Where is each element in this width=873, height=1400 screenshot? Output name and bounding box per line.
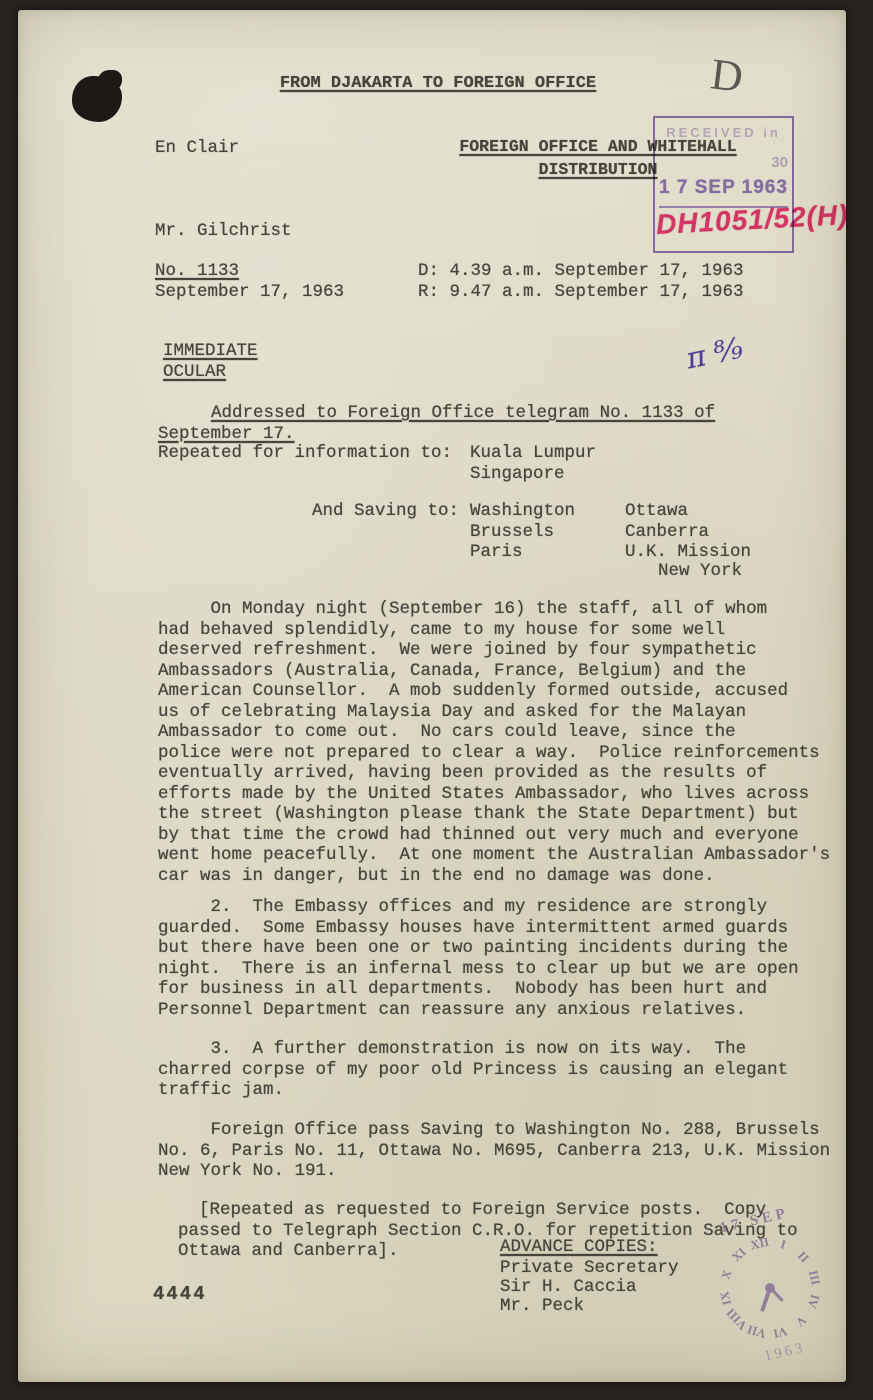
received-stamp-date: 1 7 SEP 1963 (655, 177, 792, 199)
classification-label: En Clair (155, 138, 239, 159)
clock-numeral: VII (746, 1321, 768, 1341)
clock-date-stamp: 17 SEP XII I II III IV V VI VII VIII IX … (680, 1198, 860, 1378)
clock-numeral: V (792, 1312, 809, 1329)
clock-numeral: VI (772, 1323, 789, 1341)
body-paragraph-1: On Monday night (September 16) the staff… (158, 599, 830, 886)
saving-label: And Saving to: (312, 501, 459, 522)
body-paragraph-4: Foreign Office pass Saving to Washington… (158, 1120, 830, 1182)
advance-copies-list: Private Secretary Sir H. Caccia Mr. Peck (500, 1259, 679, 1316)
body-paragraph-3: 3. A further demonstration is now on its… (158, 1039, 788, 1101)
document-page: FROM DJAKARTA TO FOREIGN OFFICE D En Cla… (18, 10, 846, 1382)
clock-numeral: II (794, 1249, 812, 1266)
received-stamp-number: 30 (771, 154, 788, 171)
document-title: FROM DJAKARTA TO FOREIGN OFFICE (158, 74, 718, 95)
clock-numeral: I (779, 1237, 788, 1253)
repeated-label: Repeated for information to: (158, 443, 452, 464)
priority-markings: IMMEDIATE OCULAR (163, 341, 258, 382)
advance-copies-title: ADVANCE COPIES: (500, 1237, 658, 1258)
clock-numeral: XI (729, 1245, 749, 1265)
addressed-line1: Addressed to Foreign Office telegram No.… (211, 403, 715, 424)
saving-destinations-col2: Ottawa Canberra U.K. Mission (625, 501, 751, 563)
clock-numeral: IV (804, 1292, 822, 1310)
saving-destination-newyork: New York (658, 561, 742, 582)
page-code: 4444 (153, 1284, 207, 1305)
photo-background: { "header": { "title": "FROM DJAKARTA TO… (0, 0, 873, 1400)
pencil-annotation-d: D (708, 48, 746, 102)
clock-numeral: IX (717, 1290, 735, 1307)
received-time: R: 9.47 a.m. September 17, 1963 (418, 282, 744, 303)
body-paragraph-2: 2. The Embassy offices and my residence … (158, 897, 799, 1020)
clock-numeral: III (805, 1269, 823, 1287)
addressed-line2: September 17. (158, 424, 295, 445)
despatched-time: D: 4.39 a.m. September 17, 1963 (418, 261, 744, 282)
ink-blot (72, 76, 122, 122)
repeated-destinations: Kuala Lumpur Singapore (470, 443, 596, 484)
clock-numeral: XII (749, 1235, 771, 1254)
telegram-date: September 17, 1963 (155, 282, 344, 303)
addressee: Mr. Gilchrist (155, 221, 292, 242)
clock-numeral: X (718, 1268, 735, 1281)
blue-pen-annotation: π ⁸⁄₉ (683, 331, 745, 376)
saving-destinations-col1: Washington Brussels Paris (470, 501, 575, 563)
telegram-number: No. 1133 (155, 261, 239, 282)
received-stamp-label: RECEIVED in (655, 125, 792, 140)
